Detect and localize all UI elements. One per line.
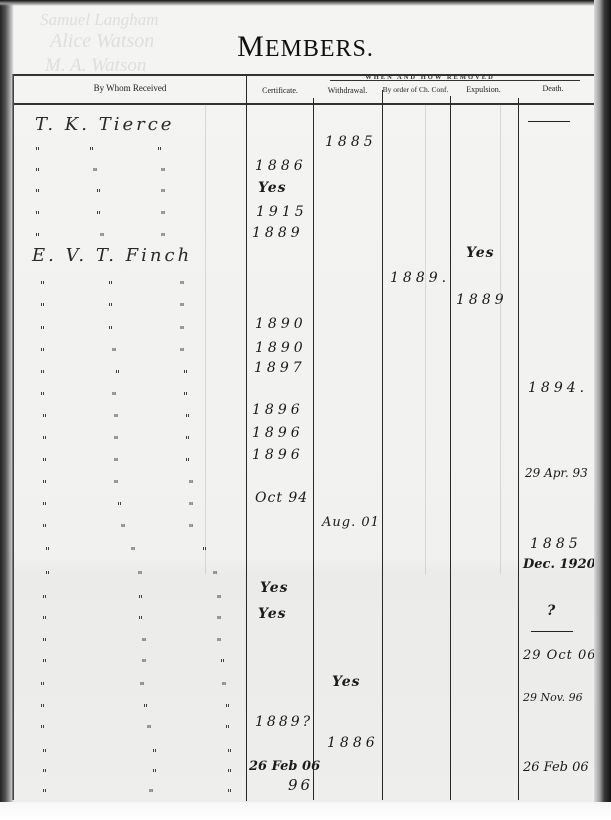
death-entry: ? (547, 603, 556, 619)
page-title: MEMBERS. (0, 30, 611, 64)
certificate-entry: Yes (260, 580, 289, 596)
ditto-marks: " " " (42, 593, 222, 606)
ditto-marks: " " " (40, 301, 185, 314)
expulsion-column-header: Expulsion. (449, 85, 518, 94)
certificate-entry: 1889 (252, 225, 304, 241)
death-entry: 29 Nov. 96 (523, 691, 583, 704)
page-title-initial: M (237, 30, 265, 63)
certificate-entry: 1890 (255, 340, 307, 356)
ditto-marks: " " " (42, 500, 194, 513)
bleed-through-text: Samuel Langham (40, 10, 159, 30)
ditto-marks: " " " (42, 636, 222, 649)
received-column-header: By Whom Received (40, 83, 220, 93)
death-dash-mark (531, 631, 573, 632)
withdrawal-entry: 1885 (325, 134, 377, 150)
received-by-name: T. K. Tierce (35, 114, 174, 135)
by-order-divider-line (450, 96, 451, 800)
death-entry: 29 Oct 06 (523, 648, 597, 663)
page-right-edge (594, 0, 611, 820)
death-dash-mark (528, 121, 570, 122)
ditto-marks: " " " (42, 747, 232, 760)
certificate-column-header: Certificate. (247, 86, 313, 95)
death-entry: 26 Feb 06 (523, 760, 589, 775)
ditto-marks: " " " (42, 657, 225, 670)
by-order-entry: 1889. (390, 270, 450, 286)
certificate-entry: 1886 (255, 158, 307, 174)
page-title-rest: EMBERS. (265, 36, 374, 62)
ditto-marks: " " " (40, 279, 185, 292)
expulsion-entry: 1889 (456, 292, 508, 308)
withdrawal-divider-line (382, 90, 383, 800)
faint-margin-line (500, 104, 501, 574)
death-entry: 1885 (530, 536, 582, 552)
certificate-entry: 1889? (255, 714, 313, 730)
death-column-header: Death. (518, 84, 588, 93)
page-top-shadow (0, 0, 611, 6)
ditto-marks: " " " (35, 145, 162, 158)
certificate-entry: 1896 (252, 402, 304, 418)
certificate-entry: 1896 (252, 447, 304, 463)
certificate-entry: 96 (288, 776, 313, 794)
ditto-marks: " " " (35, 187, 166, 200)
ledger-page: Samuel Langham Alice Watson M. A. Watson… (0, 0, 611, 820)
page-binding-shadow (0, 0, 14, 820)
ditto-marks: " " " (42, 478, 194, 491)
ditto-marks: " " " (40, 368, 188, 381)
certificate-entry: 1915 (256, 204, 308, 220)
ditto-marks: " " " (42, 412, 190, 425)
certificate-entry: 1896 (252, 425, 304, 441)
certificate-entry: 1897 (254, 360, 306, 376)
death-entry: 1894. (528, 380, 588, 396)
faint-margin-line (425, 104, 426, 574)
expulsion-divider-line (518, 98, 519, 800)
withdrawal-column-header: Withdrawal. (313, 86, 382, 95)
main-divider-line (246, 74, 247, 801)
ditto-marks: " " " (35, 166, 166, 179)
ditto-marks: " " " (42, 767, 232, 780)
ditto-marks: " " " (42, 522, 194, 535)
death-entry: 29 Apr. 93 (525, 466, 588, 480)
death-entry: Dec. 1920 (523, 557, 596, 572)
received-by-name: E. V. T. Finch (32, 245, 192, 266)
ditto-marks: " " " (40, 702, 230, 715)
ditto-marks: " " " (40, 390, 188, 403)
certificate-entry: 26 Feb 06 (249, 759, 320, 774)
certificate-divider-line (313, 98, 314, 800)
page-bottom-margin (0, 802, 611, 820)
ditto-marks: " " " (42, 614, 222, 627)
withdrawal-entry: 1886 (327, 735, 379, 751)
ditto-marks: " " " (42, 434, 190, 447)
certificate-entry: 1890 (255, 316, 307, 332)
ditto-marks: " " " (40, 680, 227, 693)
by-order-column-header: By order of Ch. Conf. (378, 85, 453, 94)
ditto-marks: " " " (42, 787, 232, 800)
withdrawal-entry: Yes (332, 674, 361, 690)
ditto-marks: " " " (40, 346, 185, 359)
removed-group-header: WHEN AND HOW REMOVED (290, 74, 570, 81)
certificate-entry: Yes (258, 180, 287, 196)
ditto-marks: " " " (35, 231, 166, 244)
ditto-marks: " " " (45, 545, 207, 558)
certificate-entry: Oct 94 (255, 490, 308, 506)
withdrawal-entry: Aug. 01 (322, 515, 380, 530)
header-bottom-rule (12, 103, 596, 105)
certificate-entry: Yes (258, 606, 287, 622)
ditto-marks: " " " (45, 569, 218, 582)
ditto-marks: " " " (40, 324, 185, 337)
ditto-marks: " " " (42, 456, 190, 469)
expulsion-entry: Yes (466, 245, 495, 261)
faint-margin-line (205, 104, 206, 574)
ditto-marks: " " " (40, 723, 230, 736)
ditto-marks: " " " (35, 209, 166, 222)
